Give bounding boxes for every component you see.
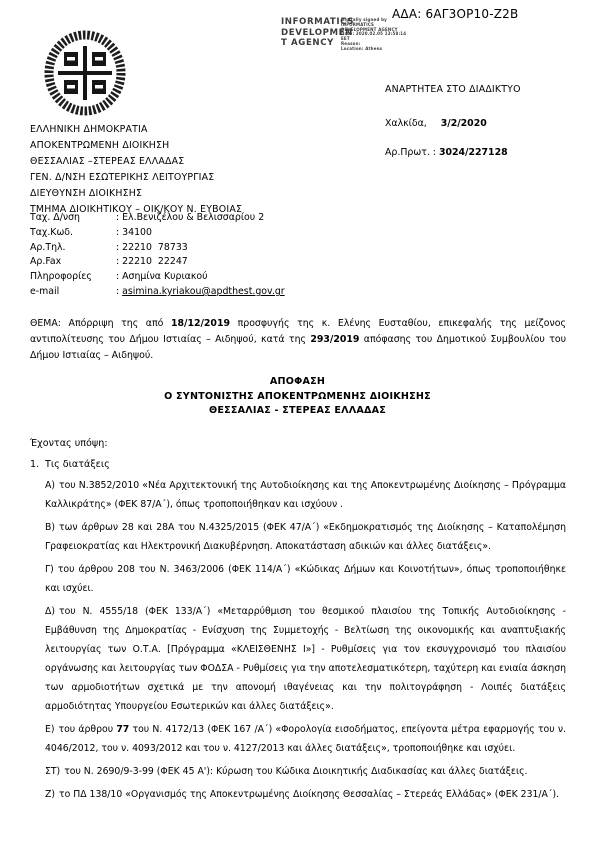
decision-number: 293/2019 xyxy=(310,334,359,345)
publish-notice: ΑΝΑΡΤΗΤΕΑ ΣΤΟ ΔΙΑΔΙΚΤΥΟ xyxy=(385,84,521,95)
list-item-number: 1. xyxy=(30,459,45,470)
document-date: 3/2/2020 xyxy=(441,118,487,129)
subject-paragraph: ΘΕΜΑ: Απόρριψη της από 18/12/2019 προσφυ… xyxy=(30,316,566,364)
provision-item-a: Α)του Ν.3852/2010 «Νέα Αρχιτεκτονική της… xyxy=(45,476,566,514)
org-line: ΘΕΣΣΑΛΙΑΣ –ΣΤΕΡΕΑΣ ΕΛΛΑΔΑΣ xyxy=(30,154,242,170)
hellenic-republic-emblem-icon xyxy=(40,26,130,120)
org-line: ΑΠΟΚΕΝΤΡΩΜΕΝΗ ΔΙΟΙΚΗΣΗ xyxy=(30,138,242,154)
provision-item-st: ΣΤ)του Ν. 2690/9-3-99 (ΦΕΚ 45 Α'): Κύρωσ… xyxy=(45,762,566,781)
provision-item-z: Ζ)το ΠΔ 138/10 «Οργανισμός της Αποκεντρω… xyxy=(45,785,566,804)
org-line: ΓΕΝ. Δ/ΝΣΗ ΕΣΩΤΕΡΙΚΗΣ ΛΕΙΤΟΥΡΓΙΑΣ xyxy=(30,170,242,186)
provision-item-b: Β)των άρθρων 28 και 28Α του Ν.4325/2015 … xyxy=(45,518,566,556)
decision-authority: Ο ΣΥΝΤΟΝΙΣΤΗΣ ΑΠΟΚΕΝΤΡΩΜΕΝΗΣ ΔΙΟΙΚΗΣΗΣ xyxy=(0,390,595,405)
ada-number: ΑΔΑ: 6ΑΓ3ΟΡ10-Ζ2Β xyxy=(392,7,518,21)
list-item-1: 1. Τις διατάξεις xyxy=(30,459,110,470)
contact-row-postcode: Ταχ.Κωδ. : 34100 xyxy=(30,227,285,242)
place: Χαλκίδα, xyxy=(385,118,427,129)
contact-row-info: Πληροφορίες : Ασημίνα Κυριακού xyxy=(30,271,285,286)
article-number: 77 xyxy=(116,724,129,735)
decision-title: ΑΠΟΦΑΣΗ xyxy=(0,375,595,390)
decision-region: ΘΕΣΣΑΛΙΑΣ - ΣΤΕΡΕΑΣ ΕΛΛΑΔΑΣ xyxy=(0,404,595,419)
contact-row-address: Ταχ. Δ/νση : Ελ.Βενιζέλου & Βελισσαρίου … xyxy=(30,212,285,227)
protocol-label: Αρ.Πρωτ. : xyxy=(385,147,436,158)
place-date-line: Χαλκίδα,3/2/2020 xyxy=(385,118,487,129)
list-item-title: Τις διατάξεις xyxy=(45,459,110,470)
contact-row-phone: Αρ.Τηλ. : 22210 78733 xyxy=(30,242,285,257)
provision-item-d: Δ)του Ν. 4555/18 (ΦΕΚ 133/Α΄) «Μεταρρύθμ… xyxy=(45,602,566,716)
contact-details-block: Ταχ. Δ/νση : Ελ.Βενιζέλου & Βελισσαρίου … xyxy=(30,212,285,301)
issuing-authority-block: ΕΛΛΗΝΙΚΗ ΔΗΜΟΚΡΑΤΙΑ ΑΠΟΚΕΝΤΡΩΜΕΝΗ ΔΙΟΙΚΗ… xyxy=(30,122,242,218)
provisions-list: Α)του Ν.3852/2010 «Νέα Αρχιτεκτονική της… xyxy=(45,476,566,808)
digital-signature-stamp: INFORMATICS DEVELOPMEN T AGENCY Digitall… xyxy=(281,17,406,52)
decision-heading: ΑΠΟΦΑΣΗ Ο ΣΥΝΤΟΝΙΣΤΗΣ ΑΠΟΚΕΝΤΡΩΜΕΝΗΣ ΔΙΟ… xyxy=(0,375,595,419)
org-line: ΔΙΕΥΘΥΝΣΗ ΔΙΟΙΚΗΣΗΣ xyxy=(30,186,242,202)
subject-label: ΘΕΜΑ: xyxy=(30,318,61,329)
email-link[interactable]: asimina.kyriakou@apdthest.gov.gr xyxy=(122,286,285,297)
contact-row-fax: Αρ.Fax : 22210 22247 xyxy=(30,256,285,271)
document-page: ΑΔΑ: 6ΑΓ3ΟΡ10-Ζ2Β INFORMATICS DEVELOPMEN… xyxy=(0,0,595,842)
provision-item-e: Ε)του άρθρου 77 του Ν. 4172/13 (ΦΕΚ 167 … xyxy=(45,720,566,758)
protocol-number: 3024/227128 xyxy=(439,147,508,158)
protocol-line: Αρ.Πρωτ. :3024/227128 xyxy=(385,147,508,158)
having-regard-line: Έχοντας υπόψη: xyxy=(30,438,108,449)
signature-details: Digitally signed by INFORMATICS DEVELOPM… xyxy=(341,18,406,52)
appeal-date: 18/12/2019 xyxy=(171,318,230,329)
provision-item-c: Γ)του άρθρου 208 του Ν. 3463/2006 (ΦΕΚ 1… xyxy=(45,560,566,598)
contact-row-email: e-mail : asimina.kyriakou@apdthest.gov.g… xyxy=(30,286,285,301)
org-line: ΕΛΛΗΝΙΚΗ ΔΗΜΟΚΡΑΤΙΑ xyxy=(30,122,242,138)
signature-agency-name: INFORMATICS DEVELOPMEN T AGENCY xyxy=(281,17,337,52)
